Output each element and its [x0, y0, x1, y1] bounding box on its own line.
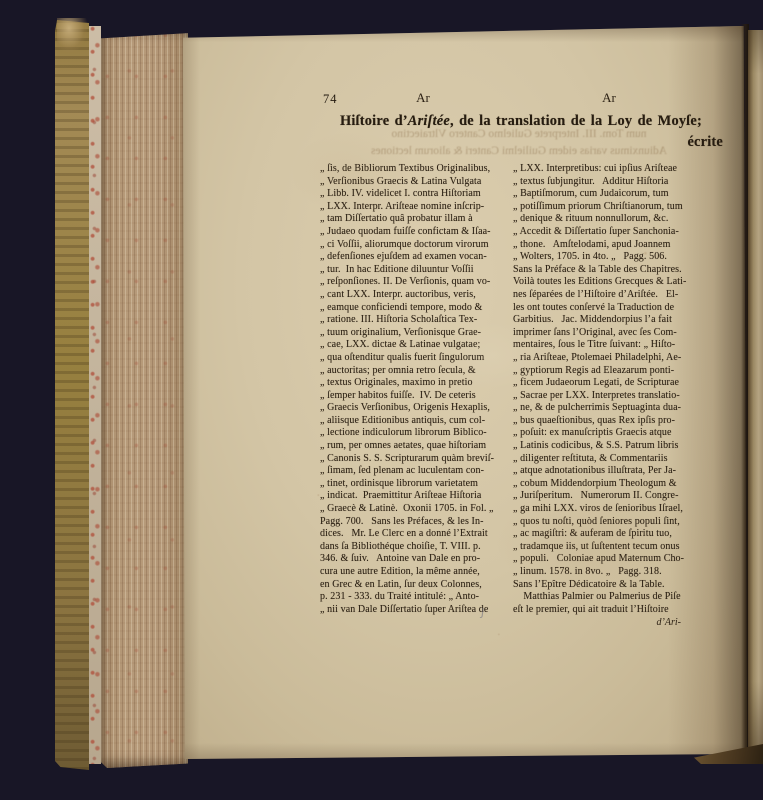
page-header: 74 Ar Ar: [183, 92, 747, 112]
text-line: „ ne, & de pulcherrimis Septuaginta dua-: [513, 402, 715, 415]
text-line: „ ficem Judaeorum Legati, de Scripturae: [513, 377, 715, 390]
text-line: 346. & ſuiv. Antoine van Dale en pro-: [320, 553, 511, 566]
text-line: „ Juriſperitum. Numerorum II. Congre-: [513, 490, 715, 503]
text-line: „ reſponſiones. II. De Verſionis, quam v…: [320, 276, 511, 289]
text-line: „ thone. Amſtelodami, apud Joannem: [513, 239, 715, 252]
text-line: „ aliisque Editionibus antiquis, cum col…: [320, 415, 511, 428]
page-block-edge: [101, 28, 188, 768]
text-line: „ cobum Middendorpium Theologum &: [513, 478, 715, 491]
text-line: „ defenſiones ejuſdem ad examen vocan-: [320, 251, 511, 264]
text-line: „ LXX. Interpretibus: cui ipſius Ariſtea…: [513, 163, 715, 176]
text-line: „ ga mihi LXX. viros de ſenioribus Iſrae…: [513, 503, 715, 516]
title-line: Hiſtoire d’Ariſtée, de la translation de…: [340, 111, 737, 132]
text-line: „ cae, LXX. dictae & Latinae vulgatae;: [320, 339, 511, 352]
text-line: „ Latinis codicibus, & S.S. Patrum libri…: [513, 440, 715, 453]
book-page: num Tom. III. Interprete Gulielmo Canter…: [183, 26, 747, 759]
running-head-left: Ar: [395, 90, 451, 106]
pencil-mark: J: [480, 606, 485, 619]
running-head-right: Ar: [581, 90, 637, 106]
text-line: „ Canonis S. S. Scripturarum quàm breviſ…: [320, 453, 511, 466]
text-line: „ poſuit: ex manuſcriptis Graecis atque: [513, 427, 715, 440]
text-line: „ atque adnotationibus illuſtrata, Per J…: [513, 465, 715, 478]
text-line: „ diligenter reſtituta, & Commentariis: [513, 453, 715, 466]
text-line: „ Sacrae per LXX. Interpretes translatio…: [513, 390, 715, 403]
text-column-right: „ LXX. Interpretibus: cui ipſius Ariſtea…: [513, 163, 715, 616]
text-line: „ ſimam, ſed plenam ac luculentam con-: [320, 465, 511, 478]
text-line: „ quos tu noſti, quòd ſeniores populi ſi…: [513, 516, 715, 529]
text-line: „ ſemper habitos fuiſſe. IV. De ceteris: [320, 390, 511, 403]
text-line: les ont toutes conſervé la Traduction de: [513, 302, 715, 315]
title-segment: , de la translation de la Loy de Moyſe;: [450, 113, 702, 129]
book-fore-edge: [55, 18, 188, 770]
catchword: d’Ari-: [513, 617, 715, 628]
text-line: Sans la Préface & la Table des Chapitres…: [513, 264, 715, 277]
text-line: „ ac magiſtri: & auferam de ſpiritu tuo,: [513, 528, 715, 541]
cover-board-edge: [55, 20, 89, 770]
text-line: „ qua oſtenditur qualis fuerit ſinguloru…: [320, 352, 511, 365]
text-line: „ tradamque iis, ut ſuſtentent tecum onu…: [513, 541, 715, 554]
text-line: „ lectione indiculorum librorum Biblico-: [320, 427, 511, 440]
cover-corner-wear: [57, 18, 87, 52]
text-line: „ Judaeo quodam fuiſſe confictam & Iſaa-: [320, 226, 511, 239]
page-number: 74: [323, 92, 338, 107]
text-line: Garbitius. Jac. Middendorpius l’a fait: [513, 314, 715, 327]
text-line: Pagg. 700. Sans les Préfaces, & les In-: [320, 516, 511, 529]
title-italic-segment: Ariſtée: [408, 113, 450, 129]
text-line: „ Libb. IV. videlicet I. contra Hiſtoria…: [320, 188, 511, 201]
text-line: „ auctoritas; per omnia retro ſecula, &: [320, 365, 511, 378]
text-line: „ tinet, ordinisque librorum varietatem: [320, 478, 511, 491]
text-line: eſt le premier, qui ait traduit l’Hiſtoi…: [513, 604, 715, 617]
text-line: „ bus quaeſtionibus, quas Rex ipſis pro-: [513, 415, 715, 428]
text-line: „ ci Voſſii, aliorumque doctorum virorum: [320, 239, 511, 252]
text-line: dices. Mr. Le Clerc en a donné l’Extrait: [320, 528, 511, 541]
text-line: „ Baptiſmorum, cum Judaicorum, tum: [513, 188, 715, 201]
text-line: „ tam Diſſertatio quâ probatur illam à: [320, 213, 511, 226]
text-line: „ indicat. Praemittitur Ariſteae Hiſtori…: [320, 490, 511, 503]
text-line: dans ſa Bibliothéque choiſie, T. VIII. p…: [320, 541, 511, 554]
text-column-left: „ ſis, de Bibliorum Textibus Originalibu…: [320, 163, 511, 616]
text-line: Sans l’Epître Dédicatoire & la Table.: [513, 579, 715, 592]
text-line: „ Verſionibus Graecis & Latina Vulgata: [320, 176, 511, 189]
text-line: „ Wolters, 1705. in 4to. „ Pagg. 506.: [513, 251, 715, 264]
text-line: imprimer ſans l’Original, avec ſes Com-: [513, 327, 715, 340]
text-line: p. 231 - 333. du Traité intitulé: „ Anto…: [320, 591, 511, 604]
text-line: „ ria Ariſteae, Ptolemaei Philadelphi, A…: [513, 352, 715, 365]
text-line: nes ſéparées de l’Hiſtoire d’Ariſtée. El…: [513, 289, 715, 302]
text-line: mentaires, ſous le Titre ſuivant: „ Hiſt…: [513, 339, 715, 352]
text-line: „ denique & rituum nonnullorum, &c.: [513, 213, 715, 226]
text-line: cura une autre Edition, la même année,: [320, 566, 511, 579]
title-continuation: écrite: [340, 132, 737, 153]
text-line: „ cant LXX. Interpr. auctoribus, veris,: [320, 289, 511, 302]
text-line: „ ratione. III. Hiſtoria Scholaſtica Tex…: [320, 314, 511, 327]
text-line: „ rum, per omnes aetates, quae hiſtoriam: [320, 440, 511, 453]
text-line: „ Graecis Verſionibus, Origenis Hexaplis…: [320, 402, 511, 415]
text-line: „ populi. Coloniae apud Maternum Cho-: [513, 553, 715, 566]
next-page-sliver: [748, 30, 763, 754]
text-line: Voilà toutes les Editions Grecques & Lat…: [513, 276, 715, 289]
text-line: „ gyptiorum Regis ad Eleazarum ponti-: [513, 365, 715, 378]
text-line: „ textus ſubjungitur. Additur Hiſtoria: [513, 176, 715, 189]
text-line: „ potiſſimum priorum Chriſtianorum, tum: [513, 201, 715, 214]
text-line: Matthias Palmier ou Palmerius de Piſe: [513, 591, 715, 604]
text-line: „ tuum originalium, Verſionisque Grae-: [320, 327, 511, 340]
text-line: „ eamque conficiendi tempore, modo &: [320, 302, 511, 315]
text-line: „ Accedit & Diſſertatio ſuper Sanchonia-: [513, 226, 715, 239]
text-line: „ textus Originales, maximo in pretio: [320, 377, 511, 390]
text-line: „ tur. In hac Editione diluuntur Voſſii: [320, 264, 511, 277]
text-line: „ ſis, de Bibliorum Textibus Originalibu…: [320, 163, 511, 176]
page-title: Hiſtoire d’Ariſtée, de la translation de…: [340, 111, 737, 153]
text-line: „ linum. 1578. in 8vo. „ Pagg. 318.: [513, 566, 715, 579]
marbled-endpaper-edge: [89, 26, 101, 764]
text-line: „ LXX. Interpr. Ariſteae nomine inſcrip-: [320, 201, 511, 214]
text-line: „ Graecè & Latinè. Oxonii 1705. in Fol. …: [320, 503, 511, 516]
title-segment: Hiſtoire d’: [340, 113, 408, 129]
text-line: en Grec & en Latin, ſur deux Colonnes,: [320, 579, 511, 592]
